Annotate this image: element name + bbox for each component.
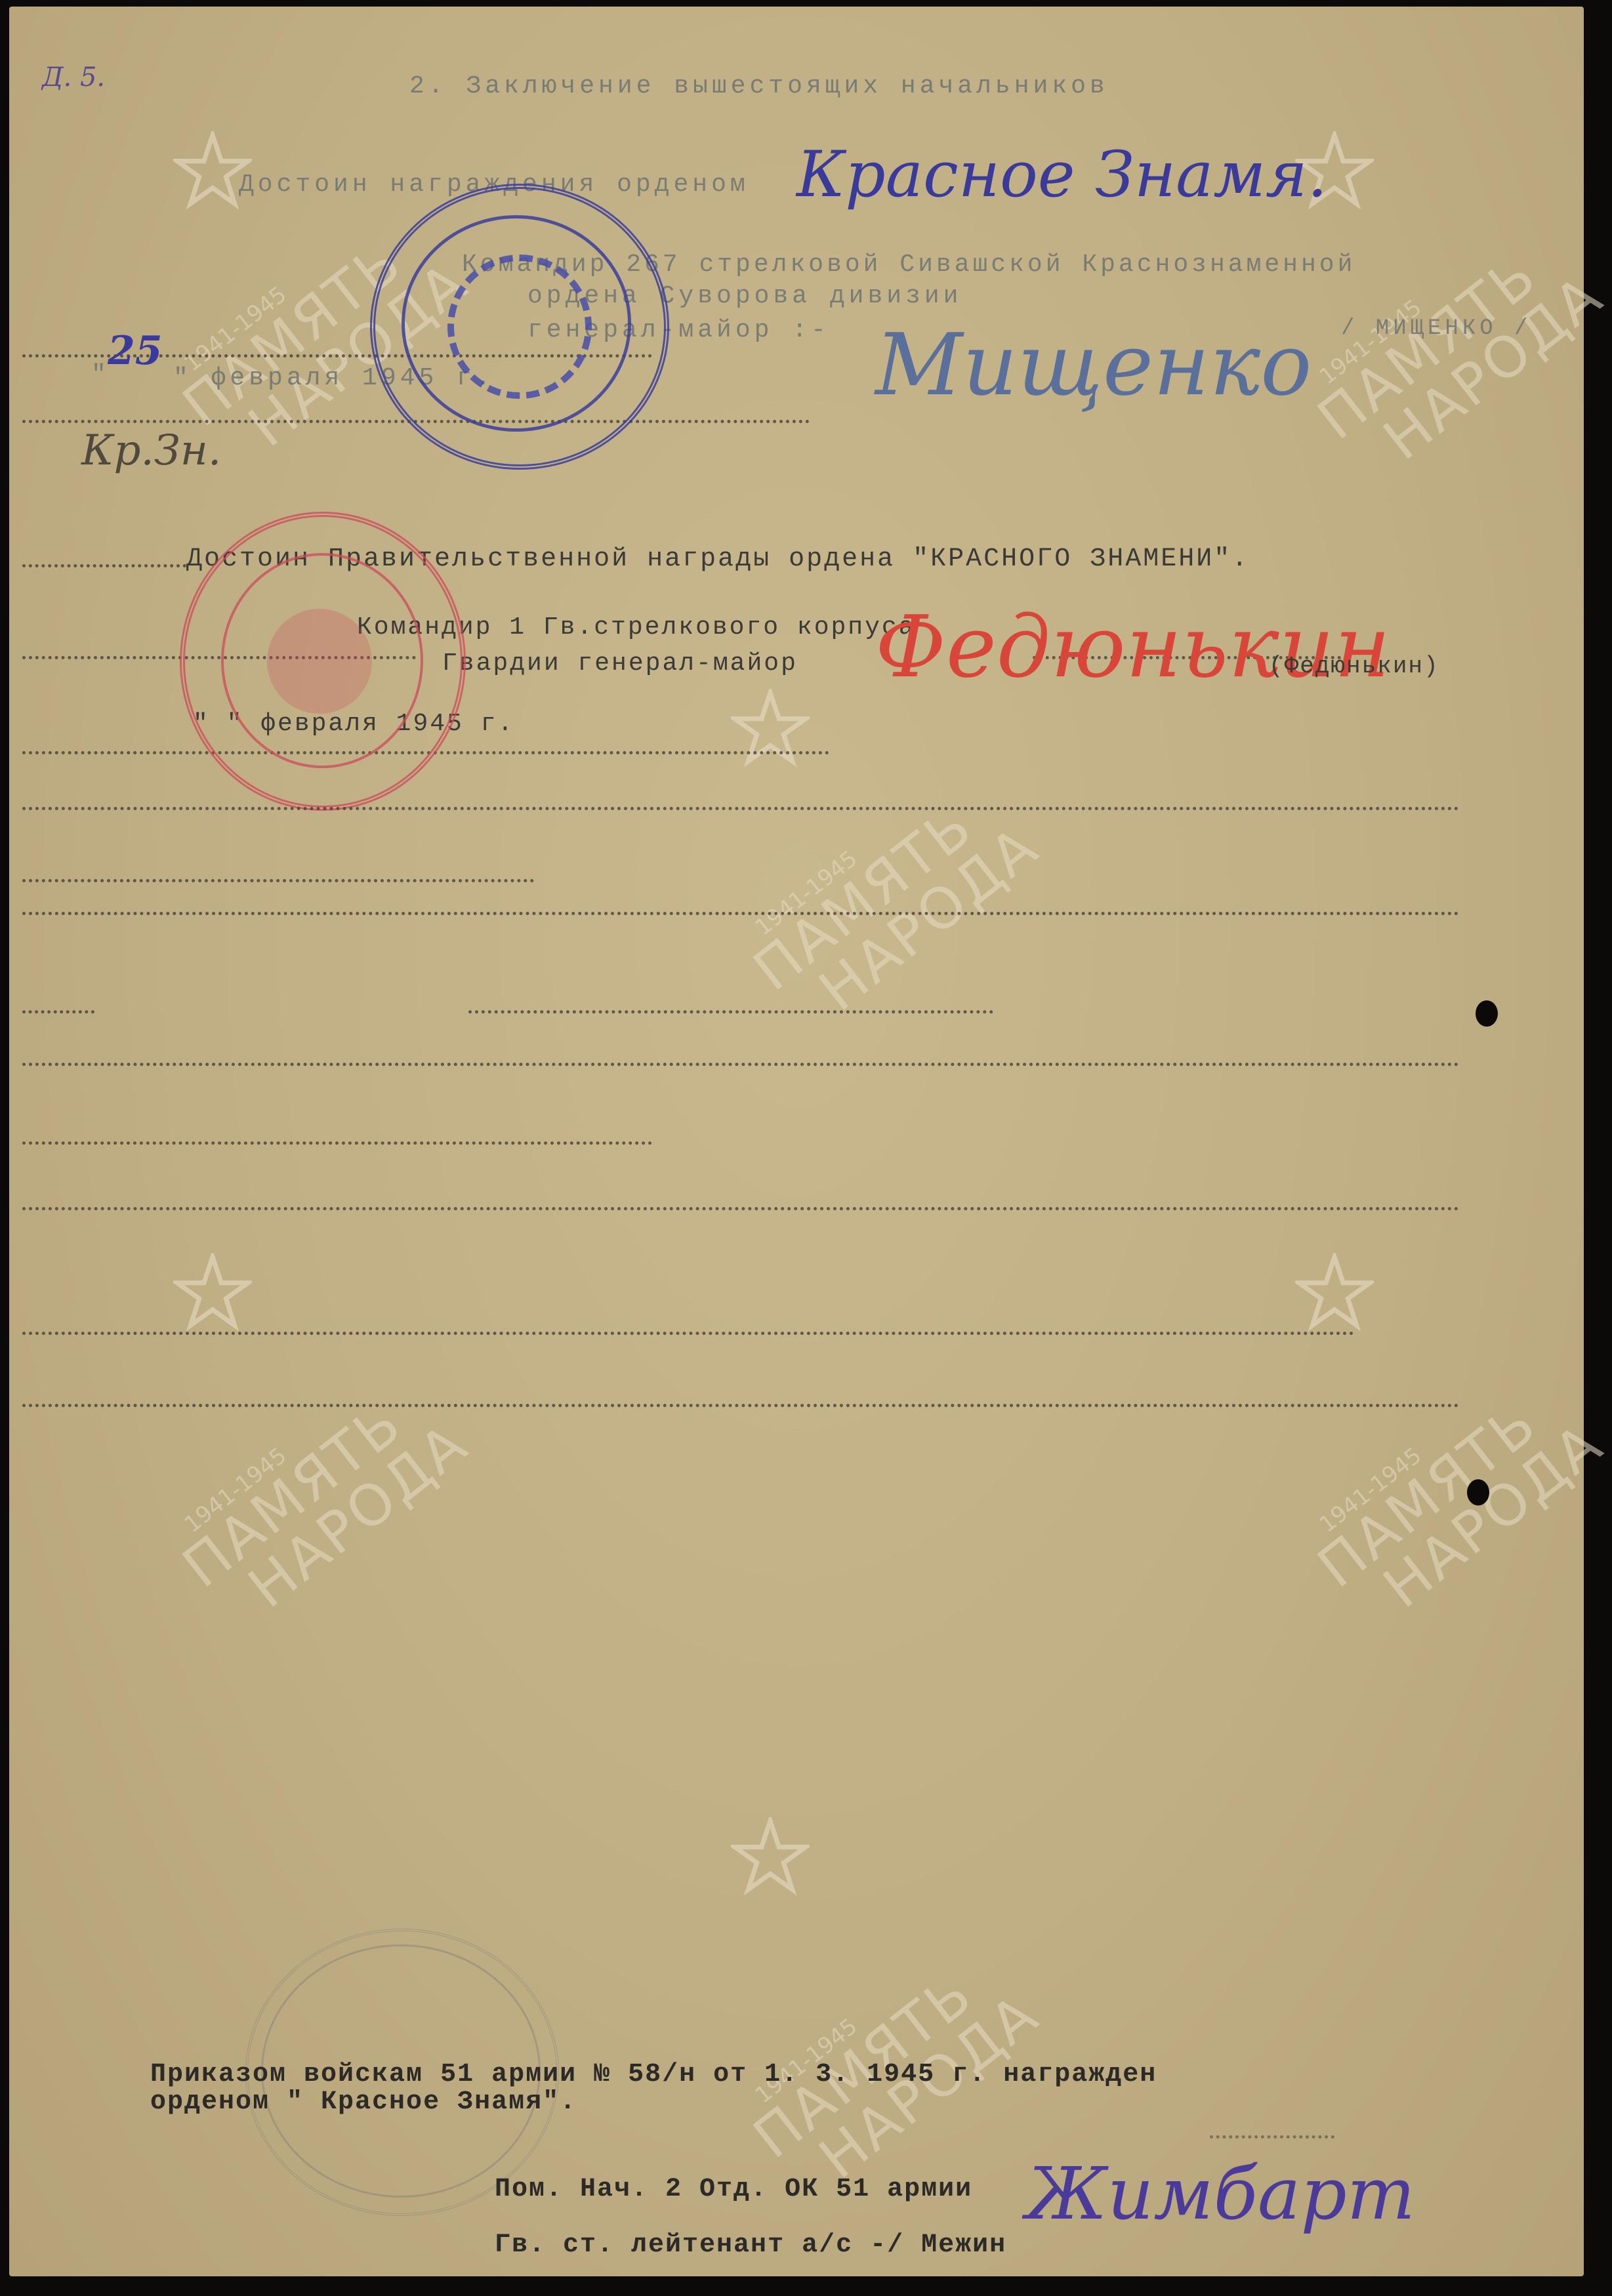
punch-hole [1476,1000,1498,1027]
block2-signature: Федюнькин [875,597,1390,697]
star-icon [173,1253,252,1332]
dotted-line [22,807,1459,810]
corner-mark: Д. 5. [42,62,105,92]
dotted-line [22,1063,1459,1066]
division-stamp: 267 стрелковая дивизия НКО [370,184,669,470]
block1-handwritten-award: Красное Знамя. [796,138,1327,211]
order-signer-title: Пом. Нач. 2 Отд. ОК 51 армии [495,2175,972,2204]
order-line-2: орденом " Красное Знамя". [150,2087,577,2117]
dotted-line [22,879,534,882]
order-line-1: Приказом войскам 51 армии № 58/н от 1. 3… [150,2060,1157,2089]
dotted-line [22,1332,1354,1335]
dotted-line [22,1141,652,1145]
punch-hole [1467,1479,1489,1506]
watermark: 1941-1945 ПАМЯТЬ НАРОДА [731,755,1048,1044]
order-signer-rank: Гв. ст. лейтенант а/с -/ Межин [495,2230,1006,2260]
block2-rank: Гвардии генерал-майор [442,649,798,678]
dotted-line [22,564,186,567]
star-icon [1295,1253,1374,1332]
block1-signature: Мищенко [875,315,1312,415]
watermark: 1941-1945 ПАМЯТЬ НАРОДА [1295,1352,1612,1641]
watermark: 1941-1945 ПАМЯТЬ НАРОДА [160,1352,478,1641]
star-icon [731,689,810,768]
block1-date-day: 25 [108,328,163,374]
dotted-line [22,1010,94,1014]
document-page: 1941-1945 ПАМЯТЬ НАРОДА 1941-1945 ПАМЯТЬ… [9,7,1584,2276]
dotted-line [468,1010,993,1014]
dotted-line [1210,2135,1334,2139]
order-signature: Жимбарт [1026,2152,1415,2236]
dotted-line [22,1404,1459,1407]
star-icon [731,1817,810,1896]
dotted-line [22,912,1459,915]
block2-name-typed: (Федюнькин) [1269,653,1439,680]
watermark: 1941-1945 ПАМЯТЬ НАРОДА [1295,204,1612,493]
block1-name-typed: / МИЩЕНКО / [1341,316,1531,341]
section-title: 2. Заключение вышестоящих начальников [409,72,1109,100]
corps-stamp: Управление 1 гвардейского стрелкового ко… [180,512,466,811]
dotted-line [22,1207,1459,1210]
margin-note: Кр.Зн. [81,426,221,475]
